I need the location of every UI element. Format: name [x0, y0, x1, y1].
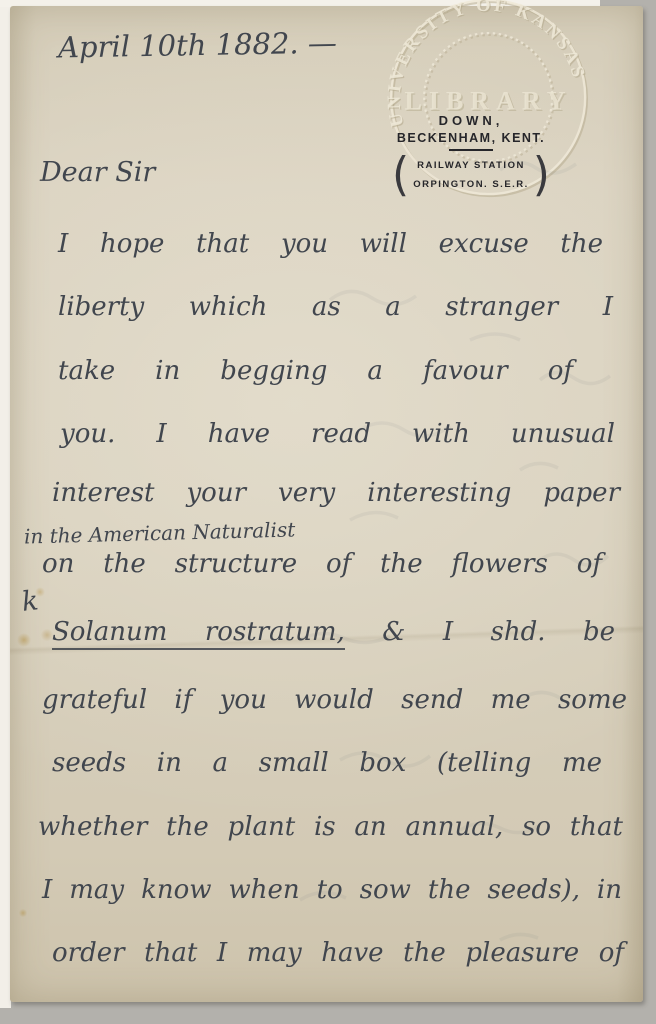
letter-scan: UNIVERSITY OF KANSAS UNIVERSITY OF KANSA…	[0, 0, 656, 1024]
body-line-solanum-rest: & I shd. be	[382, 617, 615, 647]
letterhead-paren-open: (	[392, 152, 409, 198]
insertion-mark: k	[20, 585, 40, 619]
letterhead-station-lines: RAILWAY STATION ORPINGTON. S.E.R.	[413, 157, 529, 193]
salutation: Dear Sir	[40, 157, 155, 189]
body-line: grateful if you would send me some	[42, 685, 627, 716]
body-line: interest your very interesting paper	[52, 478, 620, 509]
letterhead-station-line1: RAILWAY STATION	[413, 157, 529, 175]
body-line-solanum: Solanum rostratum, & I shd. be	[52, 617, 615, 648]
body-line: I hope that you will excuse the	[58, 229, 603, 260]
letterhead-paren-close: )	[533, 152, 550, 198]
underlined-species-name: Solanum rostratum,	[52, 617, 345, 650]
seal-center-text: LIBRARY	[405, 87, 573, 116]
letterhead-station: ( RAILWAY STATION ORPINGTON. S.E.R. )	[386, 154, 556, 198]
letterhead: DOWN, BECKENHAM, KENT. ( RAILWAY STATION…	[386, 113, 556, 198]
body-line: seeds in a small box (telling me	[52, 748, 602, 779]
body-line: order that I may have the pleasure of	[52, 938, 624, 969]
body-line: you. I have read with unusual	[60, 419, 615, 450]
body-line: whether the plant is an annual, so that	[38, 812, 623, 843]
letterhead-county: BECKENHAM, KENT.	[386, 131, 556, 145]
body-line: liberty which as a stranger I	[58, 292, 613, 323]
letterhead-rule	[449, 149, 493, 151]
letterhead-station-line2: ORPINGTON. S.E.R.	[413, 176, 529, 194]
body-line: on the structure of the flowers of	[42, 549, 602, 580]
body-line: take in begging a favour of	[58, 356, 573, 387]
body-line: I may know when to sow the seeds), in	[42, 875, 622, 906]
letterhead-town: DOWN,	[386, 113, 556, 128]
date-line: April 10th 1882. —	[58, 25, 347, 65]
